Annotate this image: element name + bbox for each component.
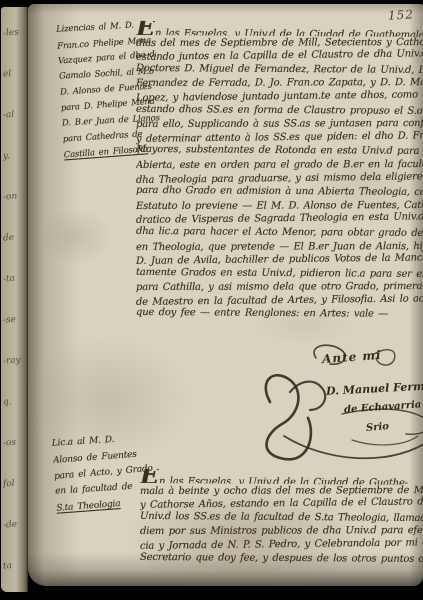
previous-page-edge: -lesel-aly.-onde-ta-se-rayq.-osfol-deta [1, 7, 28, 592]
page-edge-fragment: fol [2, 463, 23, 505]
manuscript-line: En las Escuelas, y Univ.d de la Ciudad d… [140, 469, 423, 485]
page-edge-fragment: -ray [2, 340, 23, 382]
act-one-text: En las Escuelas, y Univ.d de la Ciudad d… [136, 22, 423, 321]
page-edge-fragment: -os [2, 422, 23, 464]
act-two-text: En las Escuelas, y Univ.d de la Ciudad d… [140, 470, 423, 565]
page-edge-fragment: -de [2, 504, 23, 546]
page-edge-fragments: -lesel-aly.-onde-ta-se-rayq.-osfol-deta [3, 13, 21, 587]
notary-closing: Ante mi D. Manuel Fermin de Echavarria S… [256, 340, 423, 480]
page-edge-fragment: -al [2, 94, 23, 136]
page-edge-fragment: -on [2, 176, 23, 218]
manuscript-line: tamente Grados en esta Univ.d, pidieron … [136, 266, 423, 282]
manuscript-line: Doctores D. Miguel de Fernandez, Rector … [136, 62, 423, 78]
manuscript-line: Univ.d los SS.es de la facultad de S.ta … [140, 510, 423, 526]
manuscript-line: estando dhos SS.es en forma de Claustro … [136, 102, 423, 118]
manuscript-line: Mayores, substentantes de Rotonda en est… [136, 143, 423, 159]
manuscript-line: para dho Grado en admision à una Abierta… [136, 184, 423, 200]
page-edge-fragment: el [2, 53, 23, 95]
manuscript-page: 152 Lizencias al M. D.Fran.co Phelipe Me… [28, 4, 423, 586]
manuscript-line: En las Escuelas, y Univ.d de la Ciudad d… [136, 21, 423, 37]
folio-number: 152 [388, 7, 415, 22]
page-edge-fragment: ta [2, 545, 23, 587]
manuscript-line: Secretario que doy fee, y despues de los… [140, 550, 423, 566]
manuscript-line: dha lic.a para hacer el Acto Menor, para… [136, 225, 423, 241]
page-edge-fragment: y. [2, 135, 23, 177]
page-edge-fragment: -se [2, 299, 23, 341]
page-edge-fragment: q. [2, 381, 23, 423]
page-edge-fragment: -les [2, 12, 23, 54]
page-edge-fragment: -ta [2, 258, 23, 300]
manuscript-line: que doy fee — entre Renglones: en Artes:… [136, 306, 423, 322]
page-edge-fragment: de [2, 217, 23, 259]
scanned-manuscript-photo: -lesel-aly.-onde-ta-se-rayq.-osfol-deta … [0, 0, 423, 600]
secretary-title: Srio [366, 421, 390, 434]
